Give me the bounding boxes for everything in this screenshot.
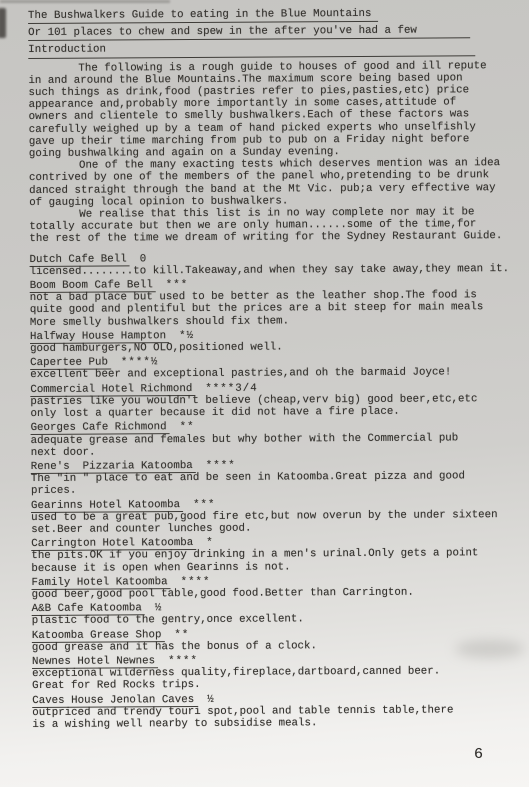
entry-description: outpriced and trendy touri spot,pool and… bbox=[32, 704, 508, 731]
entry-rating: ****3/4 bbox=[205, 382, 257, 394]
entry-carrington-hotel-katoomba: Carrington Hotel Katoomba* the pits.OK i… bbox=[31, 535, 507, 575]
intro-paragraph-2: One of the many exacting tests which des… bbox=[29, 157, 505, 209]
title-line-2: Or 101 places to chew and spew in the af… bbox=[28, 25, 470, 42]
entry-rating: *** bbox=[193, 498, 216, 510]
entry-rating: ½ bbox=[155, 602, 163, 614]
entry-description: good beer,good pool table,good food.Bett… bbox=[32, 586, 508, 601]
entry-caves-house-jenolan-caves: Caves House Jenolan Caves½ outpriced and… bbox=[32, 692, 508, 732]
entry-georges-cafe-richmond: Georges Cafe Richmond** adequate grease … bbox=[31, 419, 507, 459]
entry-newnes-hotel-newnes: Newnes Hotel Newnes**** exceptional wild… bbox=[32, 653, 508, 693]
entry-description: pastries like you wouldn't believe (chea… bbox=[30, 393, 506, 420]
entry-rating: ****½ bbox=[121, 356, 158, 368]
entry-rating: ** bbox=[174, 629, 189, 641]
entry-description: adequate grease and females but why both… bbox=[31, 432, 507, 459]
title-line-1: The Bushwalkers Guide to eating in the B… bbox=[28, 8, 378, 24]
entry-description: exceptional wilderness quality,fireplace… bbox=[32, 665, 508, 692]
entry-description: good grease and it has the bonus of a cl… bbox=[32, 639, 508, 654]
entry-capertee-pub: Capertee Pub****½ excellent beer and exc… bbox=[30, 354, 506, 381]
document-page: The Bushwalkers Guide to eating in the B… bbox=[0, 0, 529, 787]
entry-katoomba-grease-shop: Katoomba Grease Shop** good grease and i… bbox=[32, 627, 508, 654]
scan-smudge-left bbox=[0, 8, 6, 38]
intro-paragraph-3: We realise that this list is in no way c… bbox=[29, 206, 505, 246]
entry-rating: ½ bbox=[207, 693, 215, 705]
page-number: 6 bbox=[474, 746, 483, 763]
entry-rating: ** bbox=[180, 421, 195, 433]
entry-description: excellent beer and exceptional pastries,… bbox=[30, 367, 506, 382]
entry-description: used to be a great pub,good fire etc,but… bbox=[31, 509, 507, 536]
entries-list: Dutch Cafe Bell0 licensed........to kill… bbox=[29, 251, 508, 731]
entry-rating: **** bbox=[181, 576, 211, 588]
entry-rating: *** bbox=[166, 279, 189, 291]
entry-rating: 0 bbox=[140, 253, 148, 265]
entry-halfway-house-hampton: Halfway House Hampton*½ good hamburgers,… bbox=[30, 328, 506, 355]
entry-description: The "in " place to eat and be seen in Ka… bbox=[31, 470, 507, 497]
entry-boom-boom-cafe-bell: Boom Boom Cafe Bell*** not a bad place b… bbox=[30, 277, 506, 329]
title-line-3: Introduction bbox=[28, 42, 475, 59]
entry-rating: **** bbox=[168, 655, 198, 667]
entry-gearinns-hotel-katoomba: Gearinns Hotel Katoomba*** used to be a … bbox=[31, 497, 507, 537]
entry-name: Georges Cafe Richmond bbox=[31, 421, 170, 435]
scan-smudge-top bbox=[0, 0, 170, 3]
entry-rating: **** bbox=[206, 460, 236, 472]
entry-ab-cafe-katoomba: A&B Cafe Katoomba½ plastic food to the g… bbox=[32, 600, 508, 627]
entry-description: licensed........to kill.Takeaway,and whe… bbox=[30, 263, 506, 278]
entry-description: the pits.OK if you enjoy drinking in a m… bbox=[31, 547, 507, 574]
entry-description: not a bad place but used to be better as… bbox=[30, 289, 506, 329]
entry-family-hotel-katoomba: Family Hotel Katoomba**** good beer,good… bbox=[31, 574, 507, 601]
entry-commercial-hotel-richmond: Commercial Hotel Richmond****3/4 pastrie… bbox=[30, 381, 506, 421]
page-content: The Bushwalkers Guide to eating in the B… bbox=[28, 7, 508, 731]
entry-description: plastic food to the gentry,once excellen… bbox=[32, 612, 508, 627]
entry-dutch-cafe-bell: Dutch Cafe Bell0 licensed........to kill… bbox=[29, 251, 505, 278]
entry-rating: *½ bbox=[179, 330, 194, 342]
entry-renes-pizzaria-katoomba: Rene's Pizzaria Katoomba**** The "in " p… bbox=[31, 458, 507, 498]
entry-description: good hamburgers,NO OLO,positioned well. bbox=[30, 340, 506, 355]
intro-paragraph-1: The following is a rough guide to houses… bbox=[28, 60, 505, 161]
entry-rating: * bbox=[206, 537, 214, 549]
